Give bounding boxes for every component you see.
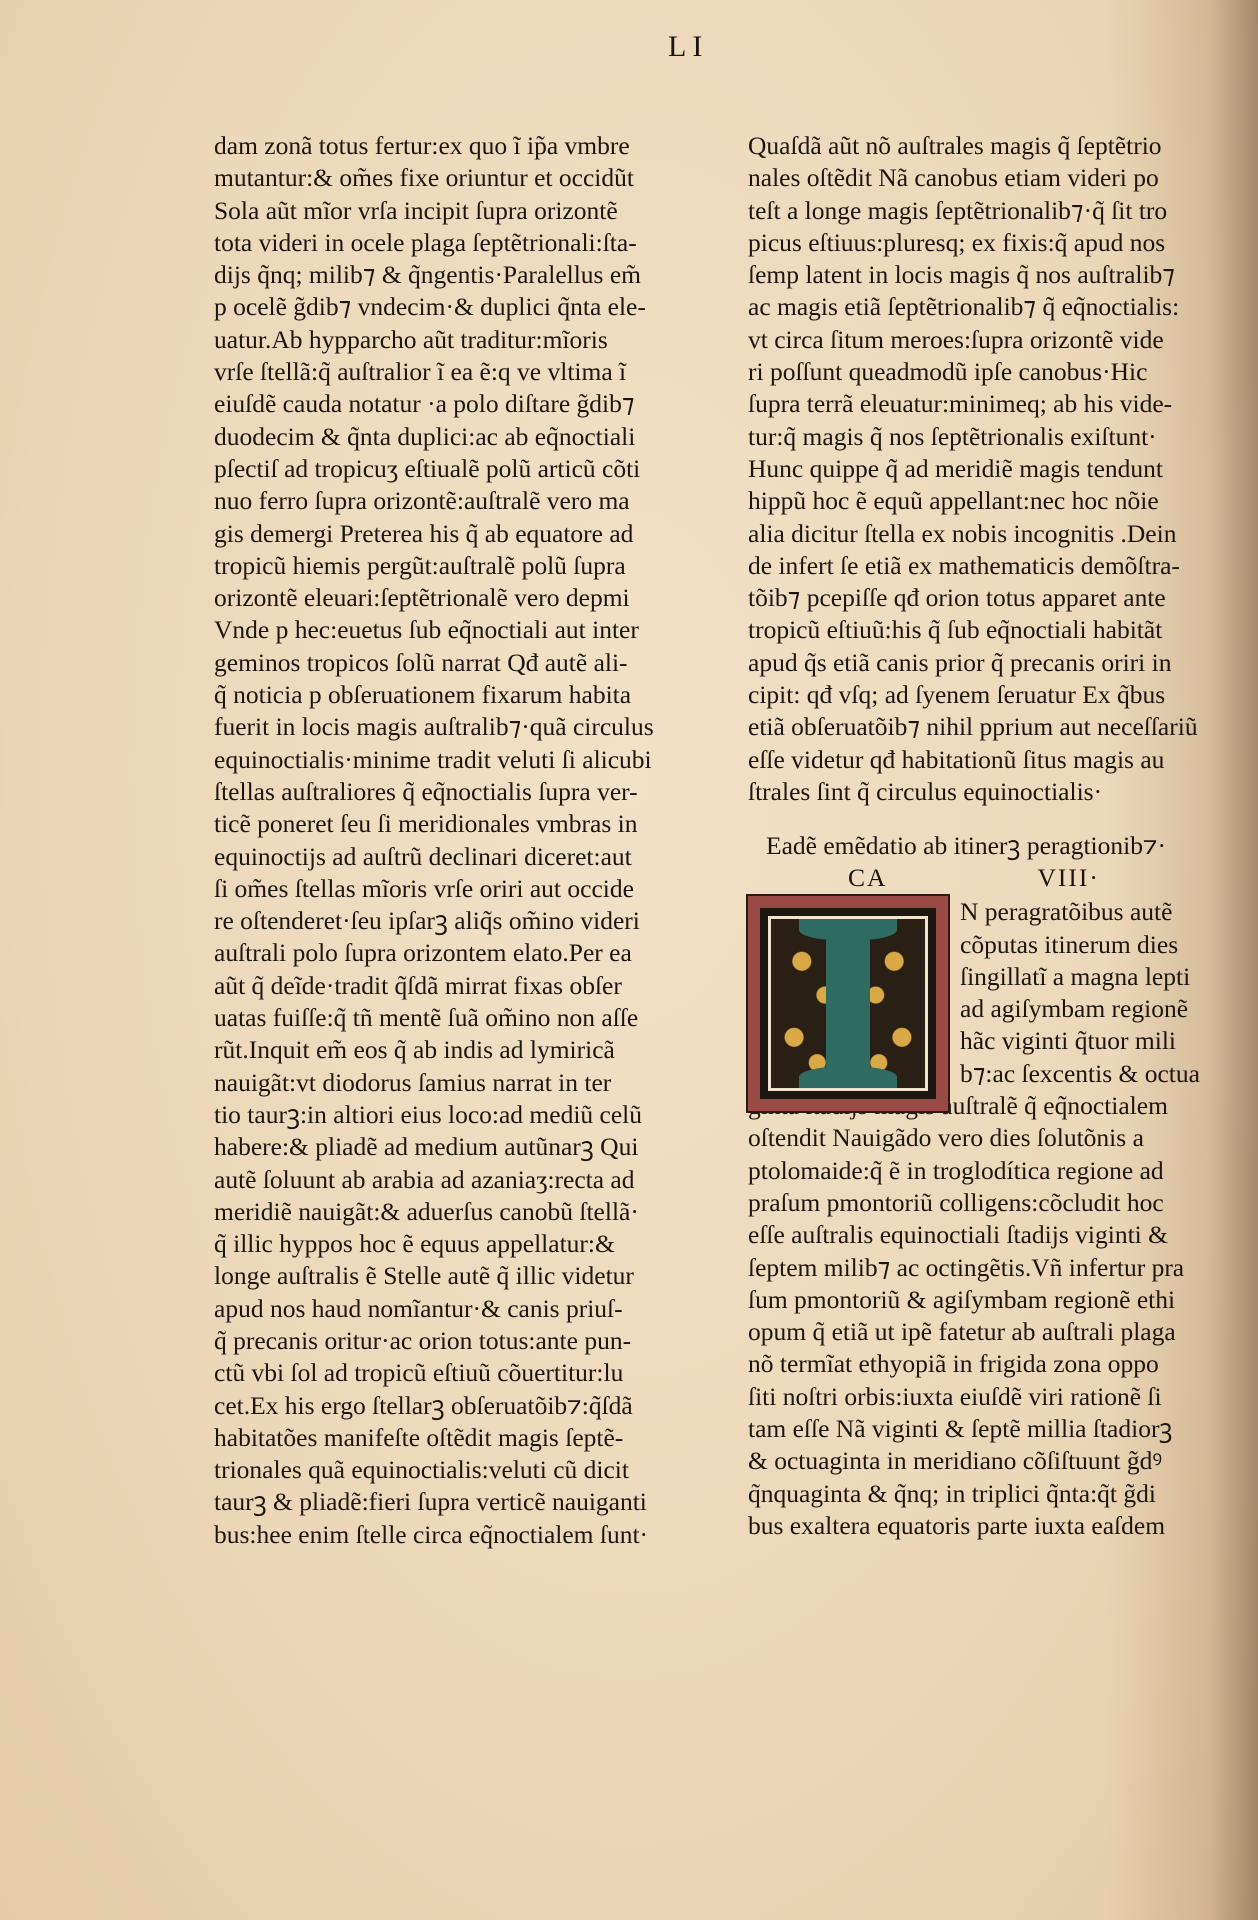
- text-line: rũt.Inquit em̃ eos q̃ ab indis ad lymiri…: [214, 1034, 692, 1066]
- text-line: eſſe videtur qđ habitationũ ſitus magis …: [748, 744, 1218, 776]
- text-line: apud nos haud nomĩantur·& canis priuſ-: [214, 1293, 692, 1325]
- text-line: ſiti noſtri orbis:iuxta eiuſdẽ viri rati…: [748, 1381, 1218, 1413]
- text-line: auſtrali polo ſupra orizontem elato.Per …: [214, 937, 692, 969]
- text-line: tam eſſe Nã viginti & ſeptẽ millia ſtadi…: [748, 1413, 1218, 1445]
- text-line: etiã obſeruatõib⁊ nihil pprium aut neceſ…: [748, 711, 1218, 743]
- text-line: re oſtenderet·ſeu ipſarꝫ aliq̃s om̃ino v…: [214, 905, 692, 937]
- text-line: ſi om̃es ſtellas mĩoris vrſe oriri aut o…: [214, 873, 692, 905]
- text-line: geminos tropicos ſolũ narrat Qđ autẽ ali…: [214, 647, 692, 679]
- text-line: autẽ ſoluunt ab arabia ad azaniaʒ:recta …: [214, 1164, 692, 1196]
- text-line: uatas fuiſſe:q̃ tñ mentẽ ſuã om̃ino non …: [214, 1002, 692, 1034]
- text-line: vt circa ſitum meroes:ſupra orizontẽ vid…: [748, 324, 1218, 356]
- text-line: mutantur:& om̃es fixe oriuntur et occidũ…: [214, 162, 692, 194]
- text-line: ſemp latent in locis magis q̃ nos auſtra…: [748, 259, 1218, 291]
- chapter-label: CA: [848, 862, 887, 896]
- text-line: dam zonã totus fertur:ex quo ĩ ip̃a vmbr…: [214, 130, 692, 162]
- right-column: Quaſdã aũt nõ auſtrales magis q̃ ſeptẽtr…: [748, 130, 1218, 1542]
- text-line: nuo ferro ſupra orizontẽ:auſtralẽ vero m…: [214, 485, 692, 517]
- chapter-number: VIII·: [1037, 862, 1099, 896]
- text-line: tur:q̃ magis q̃ nos ſeptẽtrionalis exiſt…: [748, 421, 1218, 453]
- right-column-text-after-initial: ginta ſtadijs magis auſtralẽ q̃ eq̃nocti…: [748, 1090, 1218, 1542]
- text-line: cet.Ex his ergo ſtellarꝫ obſeruatõib⁊:q̃…: [214, 1390, 692, 1422]
- text-line: equinoctialis·minime tradit veluti ſi al…: [214, 744, 692, 776]
- text-line: & octuaginta in meridiano cõſiſtuunt g̃d…: [748, 1445, 1218, 1477]
- text-line: meridiẽ nauigãt:& aduerſus canobũ ſtellã…: [214, 1196, 692, 1228]
- text-line: uatur.Ab hypparcho aũt traditur:mĩoris: [214, 324, 692, 356]
- text-line: ri poſſunt queadmodũ ipſe canobus·Hic: [748, 356, 1218, 388]
- text-line: gis demergi Preterea his q̃ ab equatore …: [214, 518, 692, 550]
- text-line: ſtrales ſint q̃ circulus equinoctialis·: [748, 776, 1218, 808]
- text-line: alia dicitur ſtella ex nobis incognitis …: [748, 518, 1218, 550]
- text-line: habitatões manifeſte oſtẽdit magis ſeptẽ…: [214, 1422, 692, 1454]
- text-line: tota videri in ocele plaga ſeptẽtrionali…: [214, 227, 692, 259]
- text-line: tõib⁊ pcepiſſe qđ orion totus apparet an…: [748, 582, 1218, 614]
- text-line: habere:& pliadẽ ad medium autũnarꝫ Qui: [214, 1131, 692, 1163]
- text-line: eſſe auſtralis equinoctiali ſtadijs vigi…: [748, 1219, 1218, 1251]
- text-line: q̃ precanis oritur·ac orion totus:ante p…: [214, 1325, 692, 1357]
- text-line: Quaſdã aũt nõ auſtrales magis q̃ ſeptẽtr…: [748, 130, 1218, 162]
- text-line: tio taurꝫ:in altiori eius loco:ad mediũ …: [214, 1099, 692, 1131]
- text-line: apud q̃s etiã canis prior q̃ precanis or…: [748, 647, 1218, 679]
- text-line: cipit: qđ vſq; ad ſyenem ſeruatur Ex q̃b…: [748, 679, 1218, 711]
- text-line: ac magis etiã ſeptẽtrionalib⁊ q̃ eq̃noct…: [748, 291, 1218, 323]
- text-line: ſingillatĩ a magna lepti: [960, 961, 1218, 993]
- text-line: picus eſtiuus:pluresq; ex fixis:q̃ apud …: [748, 227, 1218, 259]
- text-line: fuerit in locis magis auſtralib⁊·quã cir…: [214, 711, 692, 743]
- text-line: tropicũ hiemis pergũt:auſtralẽ polũ ſupr…: [214, 550, 692, 582]
- text-line: hippũ hoc ẽ equũ appellant:nec hoc nõie: [748, 485, 1218, 517]
- text-line: Hunc quippe q̃ ad meridiẽ magis tendunt: [748, 453, 1218, 485]
- text-line: ticẽ poneret ſeu ſi meridionales vmbras …: [214, 808, 692, 840]
- left-column: dam zonã totus fertur:ex quo ĩ ip̃a vmbr…: [214, 130, 692, 1551]
- text-line: orizontẽ eleuari:ſeptẽtrionalẽ vero depm…: [214, 582, 692, 614]
- chapter-heading: Eadẽ emẽdatio ab itinerꝫ peragtionib⁊·: [748, 830, 1218, 862]
- text-line: ſupra terrã eleuatur:minimeq; ab his vid…: [748, 388, 1218, 420]
- text-line: ad agiſymbam regionẽ: [960, 993, 1218, 1025]
- text-line: q̃ noticia p obſeruationem fixarum habit…: [214, 679, 692, 711]
- text-line: longe auſtralis ẽ Stelle autẽ q̃ illic v…: [214, 1260, 692, 1292]
- text-line: praſum pmontoriũ colligens:cõcludit hoc: [748, 1187, 1218, 1219]
- text-line: opum q̃ etiã ut ipẽ fatetur ab auſtrali …: [748, 1316, 1218, 1348]
- text-line: oſtendit Nauigãdo vero dies ſolutõnis a: [748, 1122, 1218, 1154]
- text-line: p ocelẽ g̃dib⁊ vndecim·& duplici q̃nta e…: [214, 291, 692, 323]
- text-line: pſectiſ ad tropicuʒ eſtiualẽ polũ articũ…: [214, 453, 692, 485]
- text-line: teſt a longe magis ſeptẽtrionalib⁊·q̃ ſi…: [748, 195, 1218, 227]
- text-line: N peragratõibus autẽ: [960, 896, 1218, 928]
- text-line: cõputas itinerum dies: [960, 929, 1218, 961]
- text-line: de infert ſe etiã ex mathematicis demõſt…: [748, 550, 1218, 582]
- text-line: aũt q̃ deĩde·tradit q̃ſdã mirrat fixas o…: [214, 970, 692, 1002]
- text-line: equinoctijs ad auſtrũ declinari diceret:…: [214, 841, 692, 873]
- text-line: ctũ vbi ſol ad tropicũ eſtiuũ cõuertitur…: [214, 1357, 692, 1389]
- book-page: LI dam zonã totus fertur:ex quo ĩ ip̃a v…: [0, 0, 1258, 1920]
- text-line: q̃nquaginta & q̃nq; in triplici q̃nta:q̃…: [748, 1478, 1218, 1510]
- text-line: nõ termĩat ethyopiã in frigida zona oppo: [748, 1348, 1218, 1380]
- text-line: dijs q̃nq; milib⁊ & q̃ngentis·Paralellus…: [214, 259, 692, 291]
- text-line: q̃ illic hyppos hoc ẽ equus appellatur:&: [214, 1228, 692, 1260]
- text-line: ſtellas auſtraliores q̃ eq̃noctialis ſup…: [214, 776, 692, 808]
- text-line: b⁊:ac ſexcentis & octua: [960, 1058, 1218, 1090]
- text-line: ſum pmontoriũ & agiſymbam regionẽ ethi: [748, 1284, 1218, 1316]
- initial-paragraph: N peragratõibus autẽcõputas itinerum die…: [748, 896, 1218, 1090]
- chapter-marker: CA VIII·: [748, 862, 1218, 896]
- text-line: bus:hee enim ſtelle circa eq̃noctialem ſ…: [214, 1519, 692, 1551]
- text-line: ſeptem milib⁊ ac octingẽtis.Vñ infertur …: [748, 1252, 1218, 1284]
- text-line: vrſe ſtellã:q̃ auſtralior ĩ ea ẽ:q ve vl…: [214, 356, 692, 388]
- folio-number: LI: [668, 30, 708, 64]
- text-line: hãc viginti q̃tuor mili: [960, 1025, 1218, 1057]
- text-line: Vnde p hec:euetus ſub eq̃noctiali aut in…: [214, 614, 692, 646]
- text-line: taurꝫ & pliadẽ:fieri ſupra verticẽ nauig…: [214, 1486, 692, 1518]
- text-line: eiuſdẽ cauda notatur ·a polo diſtare g̃d…: [214, 388, 692, 420]
- text-line: nales oſtẽdit Nã canobus etiam videri po: [748, 162, 1218, 194]
- text-line: bus exaltera equatoris parte iuxta eaſde…: [748, 1510, 1218, 1542]
- text-line: duodecim & q̃nta duplici:ac ab eq̃noctia…: [214, 421, 692, 453]
- text-line: nauigãt:vt diodorus ſamius narrat in ter: [214, 1067, 692, 1099]
- text-line: trionales quã equinoctialis:veluti cũ di…: [214, 1454, 692, 1486]
- right-column-text-before-heading: Quaſdã aũt nõ auſtrales magis q̃ ſeptẽtr…: [748, 130, 1218, 808]
- text-line: Sola aũt mĩor vrſa incipit ſupra orizont…: [214, 195, 692, 227]
- illuminated-initial-icon: [748, 896, 948, 1111]
- text-line: tropicũ eſtiuũ:his q̃ ſub eq̃noctiali ha…: [748, 614, 1218, 646]
- text-line: ptolomaide:q̃ ẽ in troglodítica regione …: [748, 1155, 1218, 1187]
